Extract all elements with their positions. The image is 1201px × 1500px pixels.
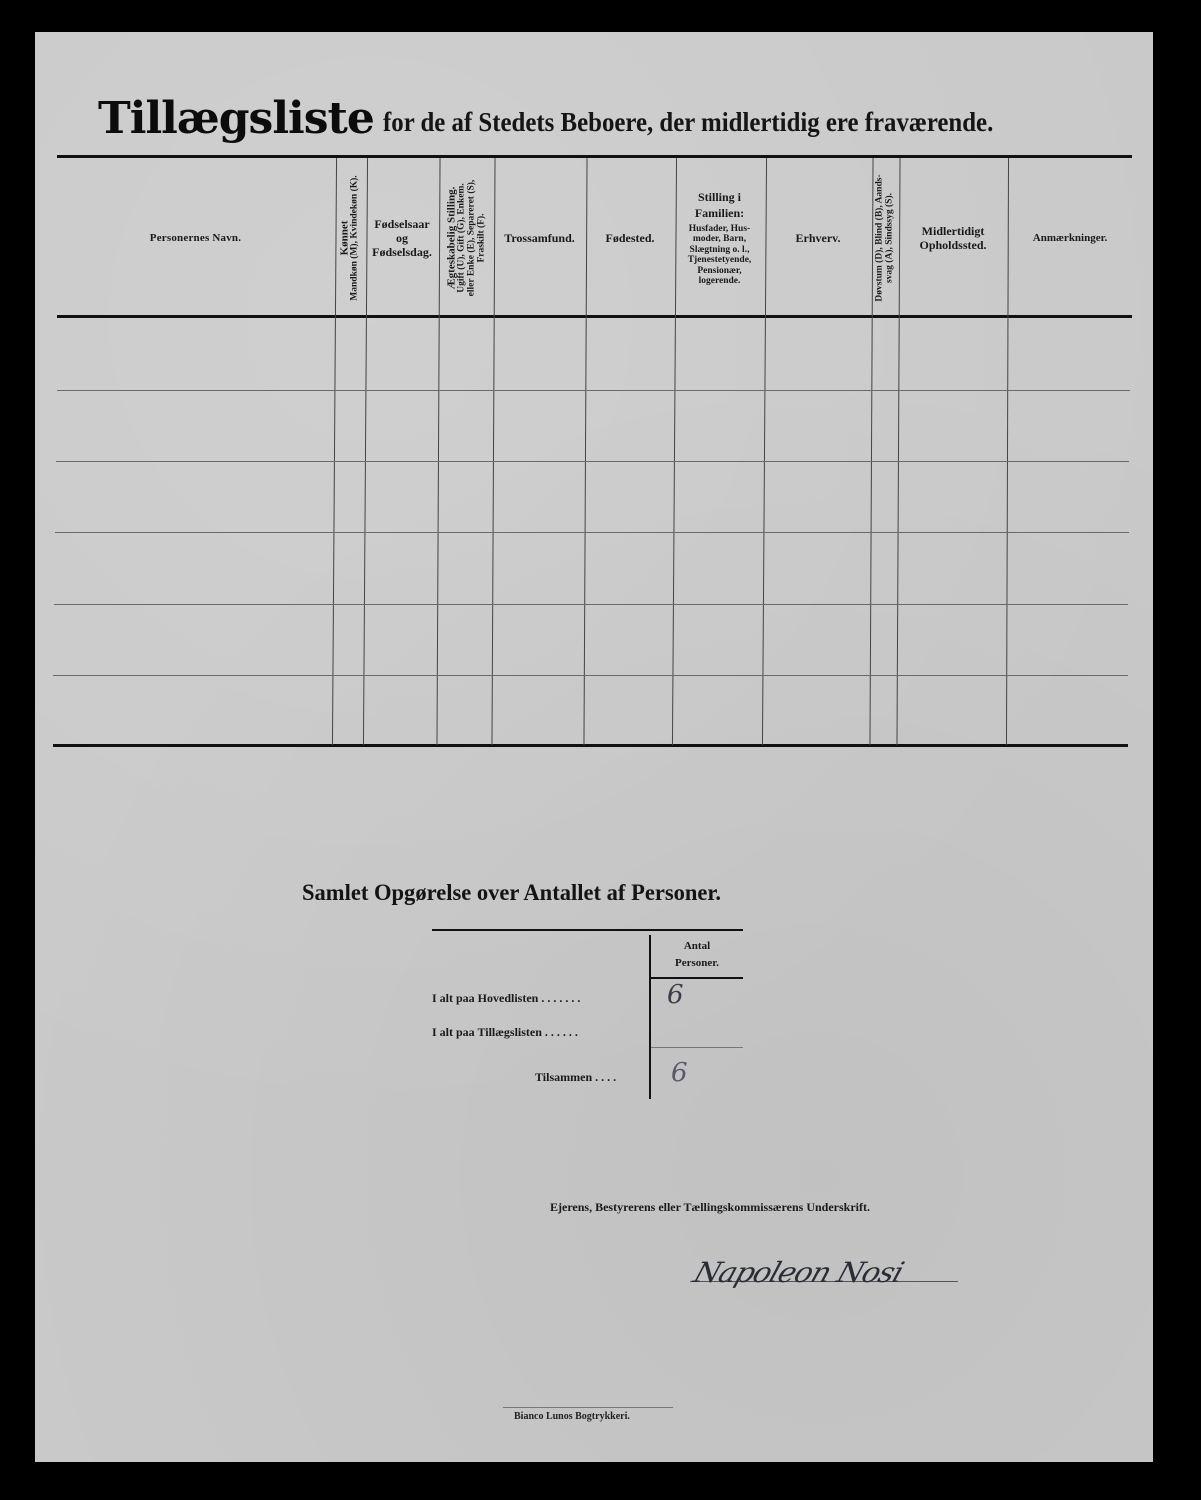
summary-column-header: Antal Personer. [652, 938, 742, 972]
footer-rule [503, 1407, 673, 1408]
column-header-family-position: Stilling i Familien: Husfader, Hus- mode… [675, 160, 764, 315]
name-cell[interactable] [57, 605, 334, 675]
form-title-rest: for de af Stedets Beboere, der midlertid… [383, 107, 859, 137]
name-cell[interactable] [57, 533, 334, 604]
column-header-sex: Kønnet Mandkøn (M), Kvindekøn (K). [335, 160, 365, 315]
column-header-religion: Trossamfund. [494, 160, 585, 315]
signature-field[interactable]: Napoleon Nosi [690, 1256, 908, 1289]
column-header-name: Personernes Navn. [57, 160, 334, 315]
column-header-birthplace: Fødested. [586, 160, 674, 315]
table-row [57, 533, 1130, 604]
table-top-rule [57, 155, 1132, 158]
column-header-marital-status: Ægteskabelig Stilling. Ugift (U), Gift (… [439, 160, 493, 315]
column-header-temporary-residence: Midlertidigt Opholdssted. [899, 160, 1007, 315]
summary-header-rule [651, 977, 743, 979]
form-title-subtitle: for de af Stedets Beboere, der midlertid… [383, 107, 993, 137]
summary-label-supplement-list: I alt paa Tillægslisten . . . . . . [432, 1025, 578, 1040]
summary-value-total[interactable]: 6 [671, 1058, 688, 1088]
name-cell[interactable] [57, 318, 334, 390]
name-cell[interactable] [57, 462, 334, 532]
summary-top-rule [432, 929, 743, 931]
printer-imprint: Bianco Lunos Bogtrykkeri. [514, 1411, 630, 1422]
signature-caption: Ejerens, Bestyrerens eller Tællingskommi… [550, 1200, 870, 1215]
table-row [57, 462, 1130, 532]
name-cell[interactable] [57, 676, 334, 744]
form-title-emphasis: fraværende. [865, 107, 994, 137]
column-header-remarks: Anmærkninger. [1008, 160, 1132, 315]
table-row [57, 391, 1130, 461]
column-header-disability: Døvstum (D), Blind (B), Aands- svag (A),… [872, 160, 898, 315]
summary-total-rule [651, 1047, 743, 1048]
table-bottom-rule [53, 744, 1128, 747]
summary-label-total: Tilsammen . . . . [535, 1070, 616, 1085]
column-header-birth: Fødselsaar og Fødselsdag. [366, 160, 438, 315]
column-header-occupation: Erhverv. [765, 160, 871, 315]
table-row [57, 676, 1130, 744]
form-title-main: Tillægsliste [98, 96, 374, 142]
table-row [57, 318, 1130, 390]
summary-title: Samlet Opgørelse over Antallet af Person… [302, 880, 721, 906]
name-cell[interactable] [57, 391, 334, 461]
table-row [57, 605, 1130, 675]
summary-value-main-list[interactable]: 6 [667, 980, 684, 1010]
summary-label-main-list: I alt paa Hovedlisten . . . . . . . [432, 991, 580, 1006]
summary-vertical-rule [649, 935, 651, 1099]
